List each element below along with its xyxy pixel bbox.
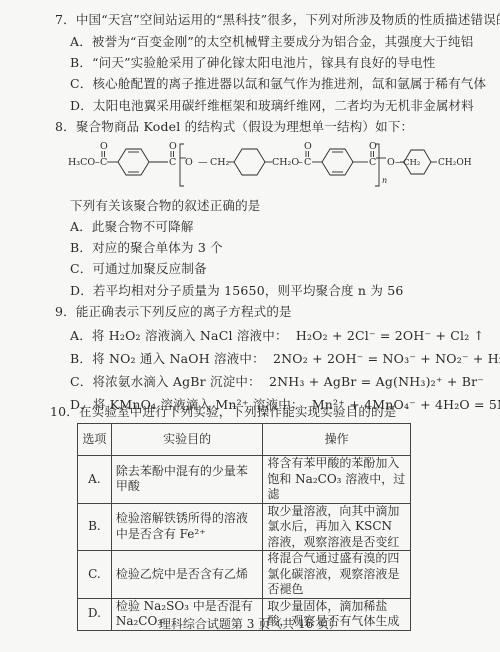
table-cell-option: C. xyxy=(78,551,112,599)
kodel-structural-formula: H₃CO – C O C O O — CH₂ CH₂O – C O C O n xyxy=(64,136,436,194)
table-cell-purpose: 检验乙烷中是否含有乙烯 xyxy=(111,551,263,599)
table-row: C. 检验乙烷中是否含有乙烯 将混合气通过盛有溴的四氯化碳溶液，观察溶液是否褪色 xyxy=(78,551,411,599)
q7-option-d: D．太阳电池翼采用碳纤维框架和玻璃纤维网，二者均为无机非金属材料 xyxy=(70,98,474,114)
q9-option-c-equation: 2NH₃ + AgBr = Ag(NH₃)₂⁺ + Br⁻ xyxy=(269,374,484,389)
kodel-formula-end-group: CH₂OH xyxy=(400,136,500,194)
table-header-purpose: 实验目的 xyxy=(111,424,263,456)
q8-option-d: D．若平均相对分子质量为 15650，则平均聚合度 n 为 56 xyxy=(70,283,404,299)
svg-text:O: O xyxy=(185,157,193,168)
q9-option-b: B．将 NO₂ 通入 NaOH 溶液中： 2NO₂ + 2OH⁻ = NO₃⁻ … xyxy=(70,351,500,367)
table-cell-operation: 取少量溶液，向其中滴加氯水后，再加入 KSCN 溶液，观察溶液是否变红 xyxy=(263,503,411,551)
experiment-table: 选项 实验目的 操作 A. 除去苯酚中混有的少量苯甲酸 将含有苯甲酸的苯酚加入饱… xyxy=(77,423,411,631)
q9-option-a-equation: H₂O₂ + 2Cl⁻ = 2OH⁻ + Cl₂ ↑ xyxy=(296,328,484,343)
table-header-option: 选项 xyxy=(78,424,112,456)
q9-option-c-label: C．将浓氨水滴入 AgBr 沉淀中： xyxy=(70,374,261,389)
repeat-unit-n: n xyxy=(382,176,387,185)
svg-text:C: C xyxy=(304,157,311,168)
svg-text:CH₂: CH₂ xyxy=(210,157,230,168)
q9-option-a-label: A．将 H₂O₂ 溶液滴入 NaCl 溶液中： xyxy=(70,328,288,343)
table-cell-purpose: 检验溶解铁锈所得的溶液中是否含有 Fe²⁺ xyxy=(111,503,263,551)
table-cell-option: B. xyxy=(78,503,112,551)
table-cell-operation: 将含有苯甲酸的苯酚加入饱和 Na₂CO₃ 溶液中，过滤 xyxy=(263,456,411,504)
q9-option-c: C．将浓氨水滴入 AgBr 沉淀中： 2NH₃ + AgBr = Ag(NH₃)… xyxy=(70,374,484,390)
table-cell-operation: 将混合气通过盛有溴的四氯化碳溶液，观察溶液是否褪色 xyxy=(263,551,411,599)
q9-option-b-equation: 2NO₂ + 2OH⁻ = NO₃⁻ + NO₂⁻ + H₂O xyxy=(273,351,500,366)
q9-option-a: A．将 H₂O₂ 溶液滴入 NaCl 溶液中： H₂O₂ + 2Cl⁻ = 2O… xyxy=(70,328,484,344)
q9-stem: 9．能正确表示下列反应的离子方程式的是 xyxy=(55,304,292,320)
formula-right-end: CH₂OH xyxy=(438,158,472,168)
table-cell-purpose: 除去苯酚中混有的少量苯甲酸 xyxy=(111,456,263,504)
svg-text:C: C xyxy=(100,157,107,168)
svg-text:—: — xyxy=(198,157,208,168)
q8-stem: 8．聚合物商品 Kodel 的结构式（假设为理想单一结构）如下： xyxy=(55,119,413,135)
svg-text:O: O xyxy=(100,141,108,152)
svg-text:–: – xyxy=(298,157,303,168)
table-header-operation: 操作 xyxy=(263,424,411,456)
q7-option-a: A．被誉为“百变金刚”的太空机械臂主要成分为铝合金，其强度大于纯铝 xyxy=(70,34,473,50)
svg-text:O: O xyxy=(169,141,177,152)
svg-text:C: C xyxy=(369,157,376,168)
svg-text:O: O xyxy=(304,141,312,152)
table-header-row: 选项 实验目的 操作 xyxy=(78,424,411,456)
page-footer: 理科综合试题第 3 页（共 16 页） xyxy=(0,615,500,632)
q8-option-c: C．可通过加聚反应制备 xyxy=(70,261,207,277)
svg-text:CH₂O: CH₂O xyxy=(272,157,299,168)
table-row: B. 检验溶解铁锈所得的溶液中是否含有 Fe²⁺ 取少量溶液，向其中滴加氯水后，… xyxy=(78,503,411,551)
formula-left-end: H₃CO xyxy=(68,157,95,168)
q8-option-b: B．对应的聚合单体为 3 个 xyxy=(70,240,223,256)
q8-option-a: A．此聚合物不可降解 xyxy=(70,219,194,235)
svg-text:O: O xyxy=(387,157,395,168)
q7-option-b: B．“问天”实验舱采用了砷化镓太阳电池片，镓具有良好的导电性 xyxy=(70,55,435,71)
table-row: A. 除去苯酚中混有的少量苯甲酸 将含有苯甲酸的苯酚加入饱和 Na₂CO₃ 溶液… xyxy=(78,456,411,504)
q8-prompt: 下列有关该聚合物的叙述正确的是 xyxy=(70,198,261,214)
q7-option-c: C．核心舱配置的离子推进器以氙和氩气作为推进剂，氙和氩属于稀有气体 xyxy=(70,76,486,92)
svg-text:C: C xyxy=(169,157,176,168)
q7-stem: 7．中国“天宫”空间站运用的“黑科技”很多，下列对所涉及物质的性质描述错误的是 xyxy=(55,12,500,28)
q10-stem: 10．在实验室中进行下列实验，下列操作能实现实验目的的是 xyxy=(50,404,397,420)
svg-text:O: O xyxy=(369,141,377,152)
table-cell-option: A. xyxy=(78,456,112,504)
q9-option-b-label: B．将 NO₂ 通入 NaOH 溶液中： xyxy=(70,351,265,366)
